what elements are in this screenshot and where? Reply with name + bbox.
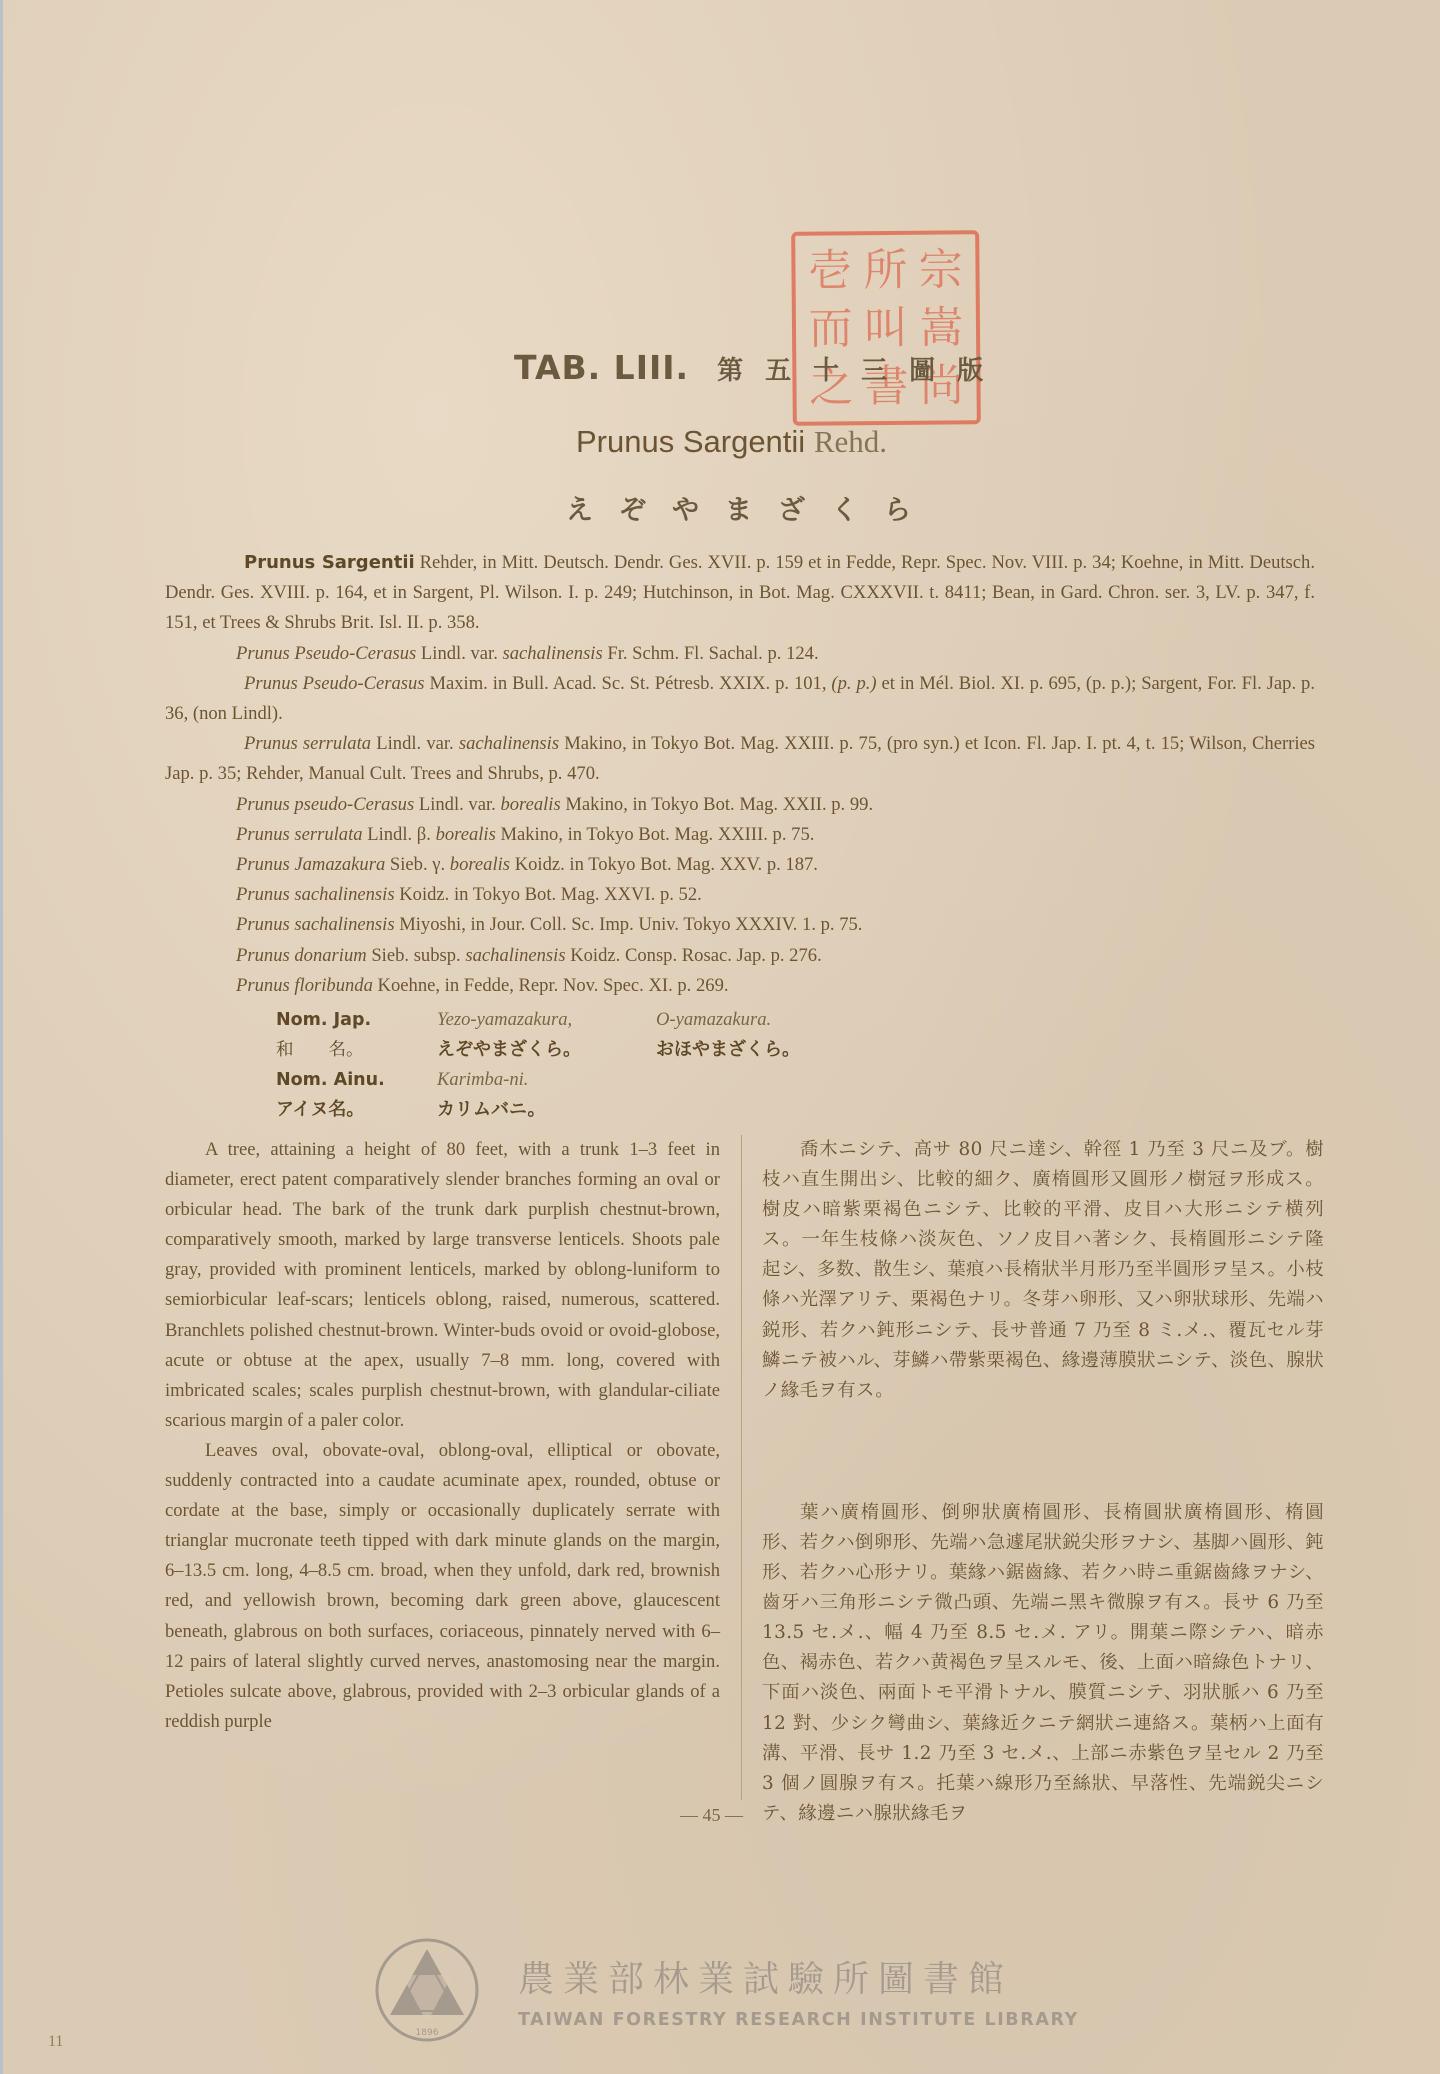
ainu-name-value: カリムバニ。 <box>437 1095 656 1125</box>
synonym-mid: Lindl. β. <box>363 824 436 845</box>
wamei-label: 和 名。 <box>276 1035 437 1065</box>
seal-char: 壱 <box>803 243 857 299</box>
synonym-mid: Sieb. subsp. <box>367 945 466 966</box>
synonym-name: Prunus sachalinensis <box>236 914 395 935</box>
seal-char: 所 <box>859 243 913 299</box>
plate-number: TAB. LIII. <box>514 348 689 387</box>
nom-ainu-value: Karimba-ni. <box>437 1065 656 1095</box>
synonymy-section: Prunus Sargentii Rehder, in Mitt. Deutsc… <box>165 548 1315 1001</box>
japanese-paragraph-leaves: 葉ハ廣楕圓形、倒卵狀廣楕圓形、長楕圓狀廣楕圓形、楕圓形、若クハ倒卵形、先端ハ急遽… <box>762 1498 1324 1829</box>
library-logo-icon: 1896 <box>372 1935 482 2045</box>
synonym-entry: Prunus Jamazakura Sieb. γ. borealis Koid… <box>165 850 1315 880</box>
nom-jap-label: Nom. Jap. <box>276 1005 437 1035</box>
english-paragraph-tree: A tree, attaining a height of 80 feet, w… <box>165 1135 720 1436</box>
synonym-citation: Koidz. in Tokyo Bot. Mag. XXVI. p. 52. <box>395 884 702 905</box>
synonym-name: Prunus donarium <box>236 945 367 966</box>
synonym-name: Prunus Pseudo-Cerasus <box>244 673 425 694</box>
synonym-mid: Lindl. var. <box>371 733 459 754</box>
nom-jap-value-1: Yezo-yamazakura, <box>437 1005 656 1035</box>
synonym-name: Prunus serrulata <box>244 733 371 754</box>
synonym-entry: Prunus sachalinensis Miyoshi, in Jour. C… <box>165 910 1315 940</box>
library-name-english: TAIWAN FORESTRY RESEARCH INSTITUTE LIBRA… <box>518 2010 1079 2030</box>
synonym-entry: Prunus serrulata Lindl. β. borealis Maki… <box>165 820 1315 850</box>
synonym-citation: Koidz. in Tokyo Bot. Mag. XXV. p. 187. <box>510 854 818 875</box>
synonym-name: Prunus floribunda <box>236 975 373 996</box>
synonym-name: Prunus Pseudo-Cerasus <box>236 643 416 664</box>
logo-year: 1896 <box>416 2028 439 2038</box>
wamei-value-2: おほやまざくら。 <box>656 1035 836 1065</box>
synonym-citation: Koidz. Consp. Rosac. Jap. p. 276. <box>566 945 822 966</box>
synonym-mid: Lindl. var. <box>416 643 502 664</box>
synonym-citation: Fr. Schm. Fl. Sachal. p. 124. <box>603 643 819 664</box>
synonym-epithet: borealis <box>450 854 510 875</box>
synonym-entry: Prunus floribunda Koehne, in Fedde, Repr… <box>165 971 1315 1001</box>
synonym-entry: Prunus Pseudo-Cerasus Lindl. var. sachal… <box>165 639 1315 669</box>
nom-ainu-label: Nom. Ainu. <box>276 1065 437 1095</box>
plate-title: TAB. LIII.第五十三圖版 <box>514 348 1005 387</box>
synonym-entry: Prunus serrulata Lindl. var. sachalinens… <box>165 729 1315 789</box>
column-divider <box>741 1135 742 1800</box>
synonym-citation: Koehne, in Fedde, Repr. Nov. Spec. XI. p… <box>373 975 729 996</box>
synonym-name: Prunus sachalinensis <box>236 884 395 905</box>
vernacular-names: Nom. Jap. Yezo-yamazakura, O-yamazakura.… <box>276 1005 836 1125</box>
synonym-epithet: borealis <box>500 794 560 815</box>
japanese-paragraph-tree: 喬木ニシテ、高サ 80 尺ニ達シ、幹徑 1 乃至 3 尺ニ及ブ。樹枝ハ直生開出シ… <box>762 1135 1324 1406</box>
synonymy-main: Prunus Sargentii Rehder, in Mitt. Deutsc… <box>165 548 1315 639</box>
synonym-mid: Lindl. var. <box>414 794 500 815</box>
english-paragraph-leaves: Leaves oval, obovate-oval, oblong-oval, … <box>165 1436 720 1737</box>
library-name-chinese: 農業部林業試驗所圖書館 <box>518 1951 1013 2002</box>
species-author: Rehd. <box>814 424 887 459</box>
japanese-description: 喬木ニシテ、高サ 80 尺ニ達シ、幹徑 1 乃至 3 尺ニ及ブ。樹枝ハ直生開出シ… <box>762 1135 1324 1829</box>
synonym-mid: Sieb. γ. <box>385 854 450 875</box>
synonym-epithet: sachalinensis <box>459 733 559 754</box>
library-seal-stamp: 壱 所 宗 而 叫 嵩 之 書 尚 <box>791 230 981 426</box>
seal-char: 宗 <box>914 242 968 298</box>
species-kana-title: えぞやまざくら <box>566 488 937 527</box>
ainu-name-label: アイヌ名。 <box>276 1095 437 1125</box>
synonym-name: Prunus pseudo-Cerasus <box>236 794 414 815</box>
synonym-mid: Maxim. in Bull. Acad. Sc. St. Pétresb. X… <box>425 673 832 694</box>
synonym-citation: Makino, in Tokyo Bot. Mag. XXII. p. 99. <box>561 794 873 815</box>
synonym-epithet: sachalinensis <box>465 945 565 966</box>
synonym-entry: Prunus sachalinensis Koidz. in Tokyo Bot… <box>165 880 1315 910</box>
page-number: — 45 — <box>680 1805 743 1826</box>
species-name: Prunus Sargentii <box>576 424 805 459</box>
synonym-citation: Makino, in Tokyo Bot. Mag. XXIII. p. 75. <box>496 824 815 845</box>
species-title: Prunus Sargentii Rehd. <box>576 424 887 460</box>
corner-mark: 11 <box>48 2033 63 2051</box>
synonym-entry: Prunus donarium Sieb. subsp. sachalinens… <box>165 941 1315 971</box>
synonym-epithet: sachalinensis <box>503 643 603 664</box>
synonym-epithet: (p. p.) <box>831 673 876 694</box>
synonym-name: Prunus Jamazakura <box>236 854 385 875</box>
main-species-name: Prunus Sargentii <box>244 552 415 573</box>
page-edge <box>0 0 3 2074</box>
synonym-epithet: borealis <box>436 824 496 845</box>
synonym-entry: Prunus Pseudo-Cerasus Maxim. in Bull. Ac… <box>165 669 1315 729</box>
nom-jap-value-2: O-yamazakura. <box>656 1005 836 1035</box>
wamei-value-1: えぞやまざくら。 <box>437 1035 656 1065</box>
synonym-citation: Miyoshi, in Jour. Coll. Sc. Imp. Univ. T… <box>395 914 863 935</box>
plate-number-jp: 第五十三圖版 <box>717 356 1005 386</box>
english-description: A tree, attaining a height of 80 feet, w… <box>165 1135 720 1737</box>
document-page: 壱 所 宗 而 叫 嵩 之 書 尚 TAB. LIII.第五十三圖版 Prunu… <box>0 0 1440 2074</box>
synonym-entry: Prunus pseudo-Cerasus Lindl. var. boreal… <box>165 790 1315 820</box>
synonym-name: Prunus serrulata <box>236 824 363 845</box>
